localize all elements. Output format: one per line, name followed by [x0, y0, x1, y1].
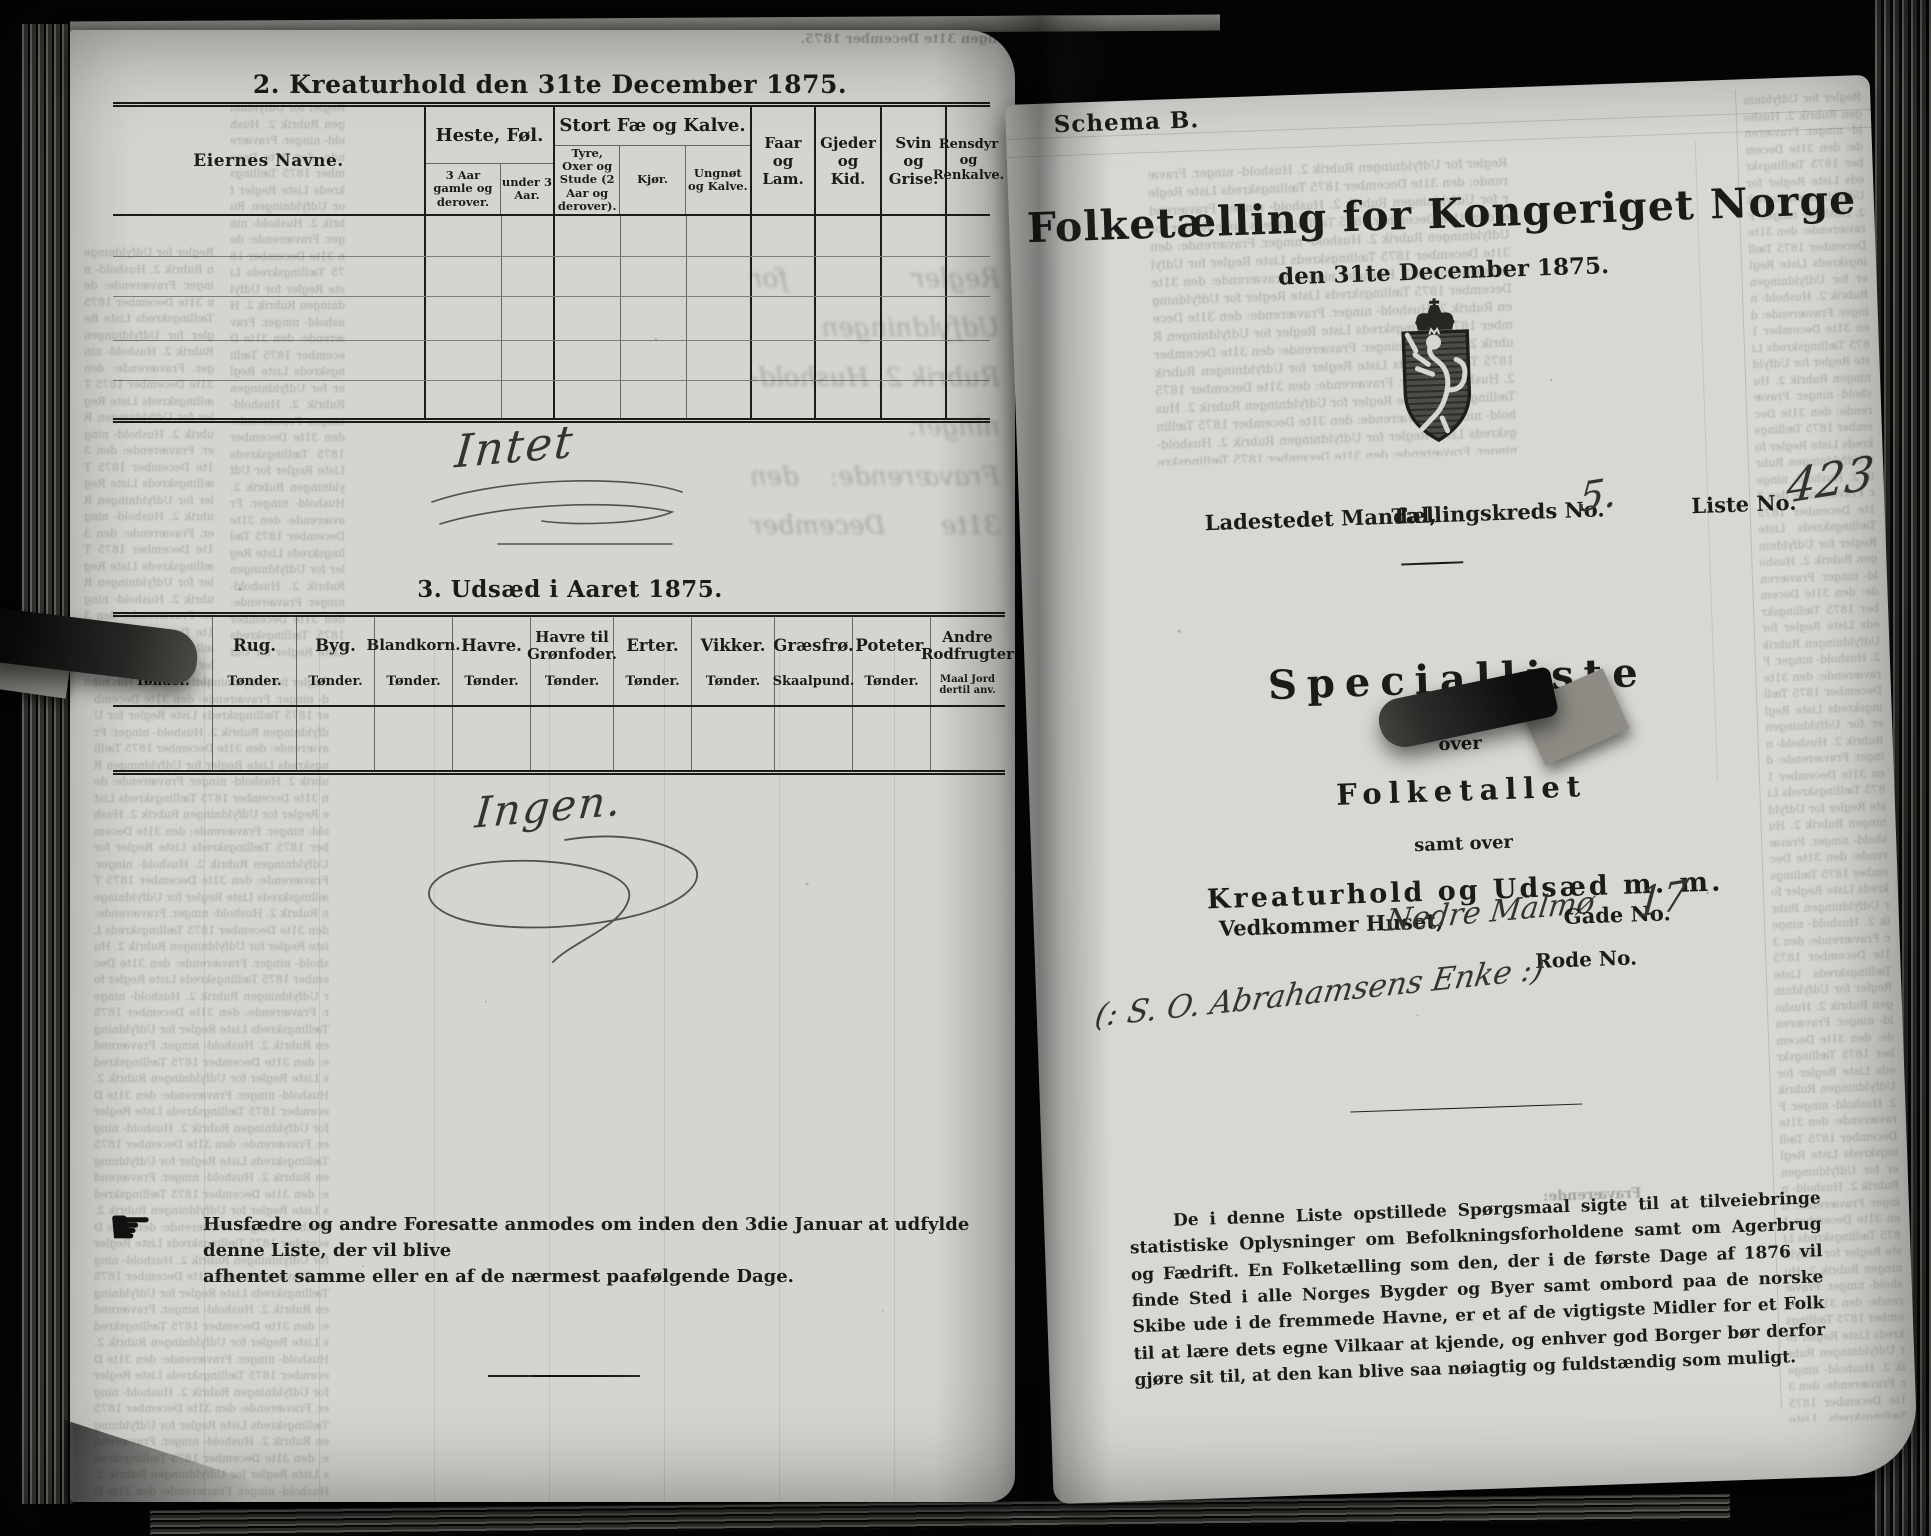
- table-row: [113, 380, 990, 418]
- kreaturhold-title: 2. Kreaturhold den 31te December 1875.: [250, 70, 850, 99]
- sub-column-header: 3 Aar gamle og derover.: [426, 164, 501, 214]
- empty-cell: [453, 707, 531, 770]
- empty-cell: [113, 297, 426, 340]
- empty-cell: [947, 216, 990, 256]
- column-header: Andre Rodfrugter Maal Jord dertil anv.: [931, 617, 1004, 705]
- column-header-gjeder: Gjeder og Kid.: [816, 107, 882, 214]
- sub-column-header: Tyre, Oxer og Stude (2 Aar og derover).: [555, 146, 620, 214]
- empty-cell: [426, 341, 502, 380]
- empty-cell: [426, 216, 502, 256]
- empty-cell: [213, 707, 297, 770]
- empty-cell: [113, 341, 426, 380]
- empty-cell: [853, 707, 931, 770]
- empty-cell: [947, 381, 990, 418]
- empty-cell: [687, 341, 752, 380]
- empty-cell: [426, 297, 502, 340]
- empty-cell: [687, 297, 752, 340]
- empty-cell: [947, 297, 990, 340]
- column-header: Havre. Tønder.: [453, 617, 531, 705]
- empty-cell: [816, 297, 882, 340]
- pen-flourish: [420, 468, 710, 560]
- footnote-line: afhentet samme eller en af de nærmest pa…: [203, 1264, 1008, 1290]
- empty-cell: [816, 216, 882, 256]
- udsaed-title: 3. Udsæd i Aaret 1875.: [320, 576, 820, 603]
- empty-cell: [816, 381, 882, 418]
- right-page: Regler for Udfyldningen Rubrik 2. Hushol…: [1005, 75, 1918, 1504]
- street-number-value: 17: [1635, 872, 1689, 927]
- ink-rule: [1350, 1103, 1582, 1112]
- column-header: Byg. Tønder.: [297, 617, 375, 705]
- group-label: Heste, Føl.: [426, 107, 553, 164]
- empty-cell: [113, 216, 426, 256]
- table-row: [113, 707, 1005, 770]
- empty-cell: [775, 707, 853, 770]
- rode-label: Rode No.: [1535, 945, 1638, 973]
- bleedthrough-column: Regler for Udfyldningen Rubrik 2. Hushol…: [94, 675, 329, 1500]
- norway-coat-of-arms-icon: [1384, 296, 1490, 461]
- empty-cell: [621, 216, 687, 256]
- udsaed-table: Hvede. Tønder. Rug. Tønder. Byg. Tønder.…: [113, 612, 1005, 775]
- sub-column-header: under 3 Aar.: [501, 164, 553, 214]
- empty-cell: [752, 297, 816, 340]
- empty-cell: [931, 707, 1004, 770]
- column-header-rensdyr: Rensdyr og Renkalve.: [947, 107, 990, 214]
- book-page-stack-left: [20, 24, 74, 1504]
- empty-cell: [882, 297, 947, 340]
- kreaturhold-header-row: Eiernes Navne. Heste, Føl. 3 Aar gamle o…: [113, 107, 990, 216]
- empty-cell: [614, 707, 692, 770]
- column-group-heste: Heste, Føl. 3 Aar gamle og derover. unde…: [426, 107, 555, 214]
- schema-label: Schema B.: [1053, 106, 1200, 138]
- table-row: [113, 296, 990, 340]
- empty-cell: [687, 216, 752, 256]
- empty-cell: [882, 216, 947, 256]
- column-header: Havre til Grønfoder. Tønder.: [531, 617, 614, 705]
- manicule-icon: ☛: [108, 1198, 153, 1256]
- empty-cell: [882, 257, 947, 296]
- scanned-census-spread: Folketællingen 31te December 1875. Regle…: [0, 0, 1931, 1536]
- table-row: [113, 340, 990, 380]
- column-header: Blandkorn. Tønder.: [375, 617, 453, 705]
- group-label: Stort Fæ og Kalve.: [555, 107, 750, 146]
- bleedthrough-top-line: Folketællingen 31te December 1875.: [690, 32, 1015, 47]
- empty-cell: [752, 381, 816, 418]
- empty-cell: [752, 216, 816, 256]
- column-header: Erter. Tønder.: [614, 617, 692, 705]
- census-district-label: Tællingskreds No.: [1391, 496, 1605, 528]
- empty-cell: [502, 216, 555, 256]
- empty-cell: [426, 381, 502, 418]
- empty-cell: [621, 341, 687, 380]
- empty-cell: [555, 297, 621, 340]
- sub-column-header: Kjør.: [620, 146, 685, 214]
- empty-cell: [113, 381, 426, 418]
- empty-cell: [426, 257, 502, 296]
- empty-cell: [375, 707, 453, 770]
- empty-cell: [752, 257, 816, 296]
- empty-cell: [531, 707, 614, 770]
- pen-flourish-loop: [395, 830, 755, 970]
- footnote-line: Husfædre og andre Foresatte anmodes om i…: [203, 1212, 1008, 1264]
- udsaed-header-row: Hvede. Tønder. Rug. Tønder. Byg. Tønder.…: [113, 617, 1005, 707]
- column-header: Vikker. Tønder.: [692, 617, 775, 705]
- census-district-value: 5.: [1577, 469, 1619, 522]
- left-page: Folketællingen 31te December 1875. Regle…: [70, 30, 1015, 1502]
- empty-cell: [621, 257, 687, 296]
- column-group-stort-fae: Stort Fæ og Kalve. Tyre, Oxer og Stude (…: [555, 107, 752, 214]
- kreaturhold-table: Eiernes Navne. Heste, Føl. 3 Aar gamle o…: [113, 102, 990, 423]
- empty-cell: [297, 707, 375, 770]
- samt-over-label: samt over: [1031, 818, 1896, 869]
- instruction-paragraph: De i denne Liste opstillede Spørgsmaal s…: [1129, 1185, 1827, 1393]
- empty-cell: [621, 297, 687, 340]
- column-header: Poteter. Tønder.: [853, 617, 931, 705]
- empty-cell: [687, 381, 752, 418]
- empty-cell: [816, 341, 882, 380]
- handwritten-entry-udsaed: Ingen.: [473, 775, 625, 837]
- empty-cell: [752, 341, 816, 380]
- empty-cell: [502, 341, 555, 380]
- ink-rule: [488, 1375, 640, 1377]
- empty-cell: [687, 257, 752, 296]
- empty-cell: [502, 257, 555, 296]
- table-row: [113, 256, 990, 296]
- handwritten-signature: (: S. O. Abrahamsens Enke :): [1092, 951, 1546, 1035]
- empty-cell: [555, 257, 621, 296]
- empty-cell: [555, 381, 621, 418]
- column-header: Græsfrø. Skaalpund.: [775, 617, 853, 705]
- empty-cell: [555, 216, 621, 256]
- folketallet-label: Folketallet: [1029, 758, 1895, 822]
- sub-column-header: Ungnøt og Kalve.: [686, 146, 750, 214]
- empty-cell: [621, 381, 687, 418]
- empty-cell: [692, 707, 775, 770]
- empty-cell: [555, 341, 621, 380]
- list-number-label: Liste No.: [1691, 490, 1797, 519]
- column-header-faar: Faar og Lam.: [752, 107, 816, 214]
- empty-cell: [947, 341, 990, 380]
- empty-cell: [113, 257, 426, 296]
- ink-rule: [1401, 561, 1463, 565]
- table-row: [113, 216, 990, 256]
- empty-cell: [816, 257, 882, 296]
- empty-cell: [502, 297, 555, 340]
- column-header: Rug. Tønder.: [213, 617, 297, 705]
- column-header-eiernes-navne: Eiernes Navne.: [113, 107, 426, 214]
- empty-cell: [882, 381, 947, 418]
- empty-cell: [882, 341, 947, 380]
- empty-cell: [502, 381, 555, 418]
- empty-cell: [947, 257, 990, 296]
- empty-cell: [113, 707, 213, 770]
- footnote: Husfædre og andre Foresatte anmodes om i…: [203, 1212, 1008, 1290]
